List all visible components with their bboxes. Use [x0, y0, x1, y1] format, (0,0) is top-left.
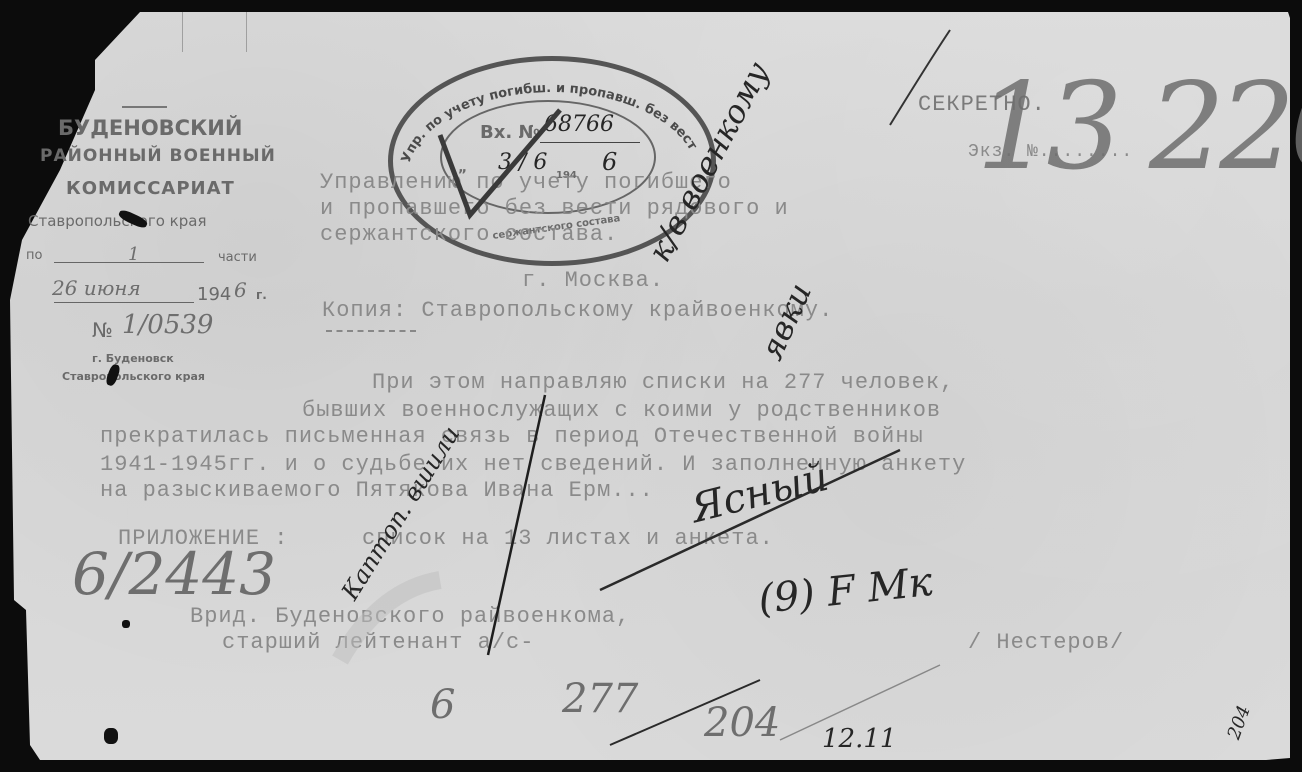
- pen-stroke: [610, 680, 760, 745]
- check-mark-icon: [440, 110, 560, 215]
- pen-stroke: [488, 395, 545, 655]
- pen-strokes: [0, 0, 1302, 772]
- pencil-stroke: [780, 665, 940, 740]
- punch-hole: [122, 620, 130, 628]
- pen-stroke: [890, 30, 950, 125]
- pencil-smudge: [340, 580, 440, 660]
- pen-stroke: [600, 450, 900, 590]
- punch-hole: [104, 728, 118, 744]
